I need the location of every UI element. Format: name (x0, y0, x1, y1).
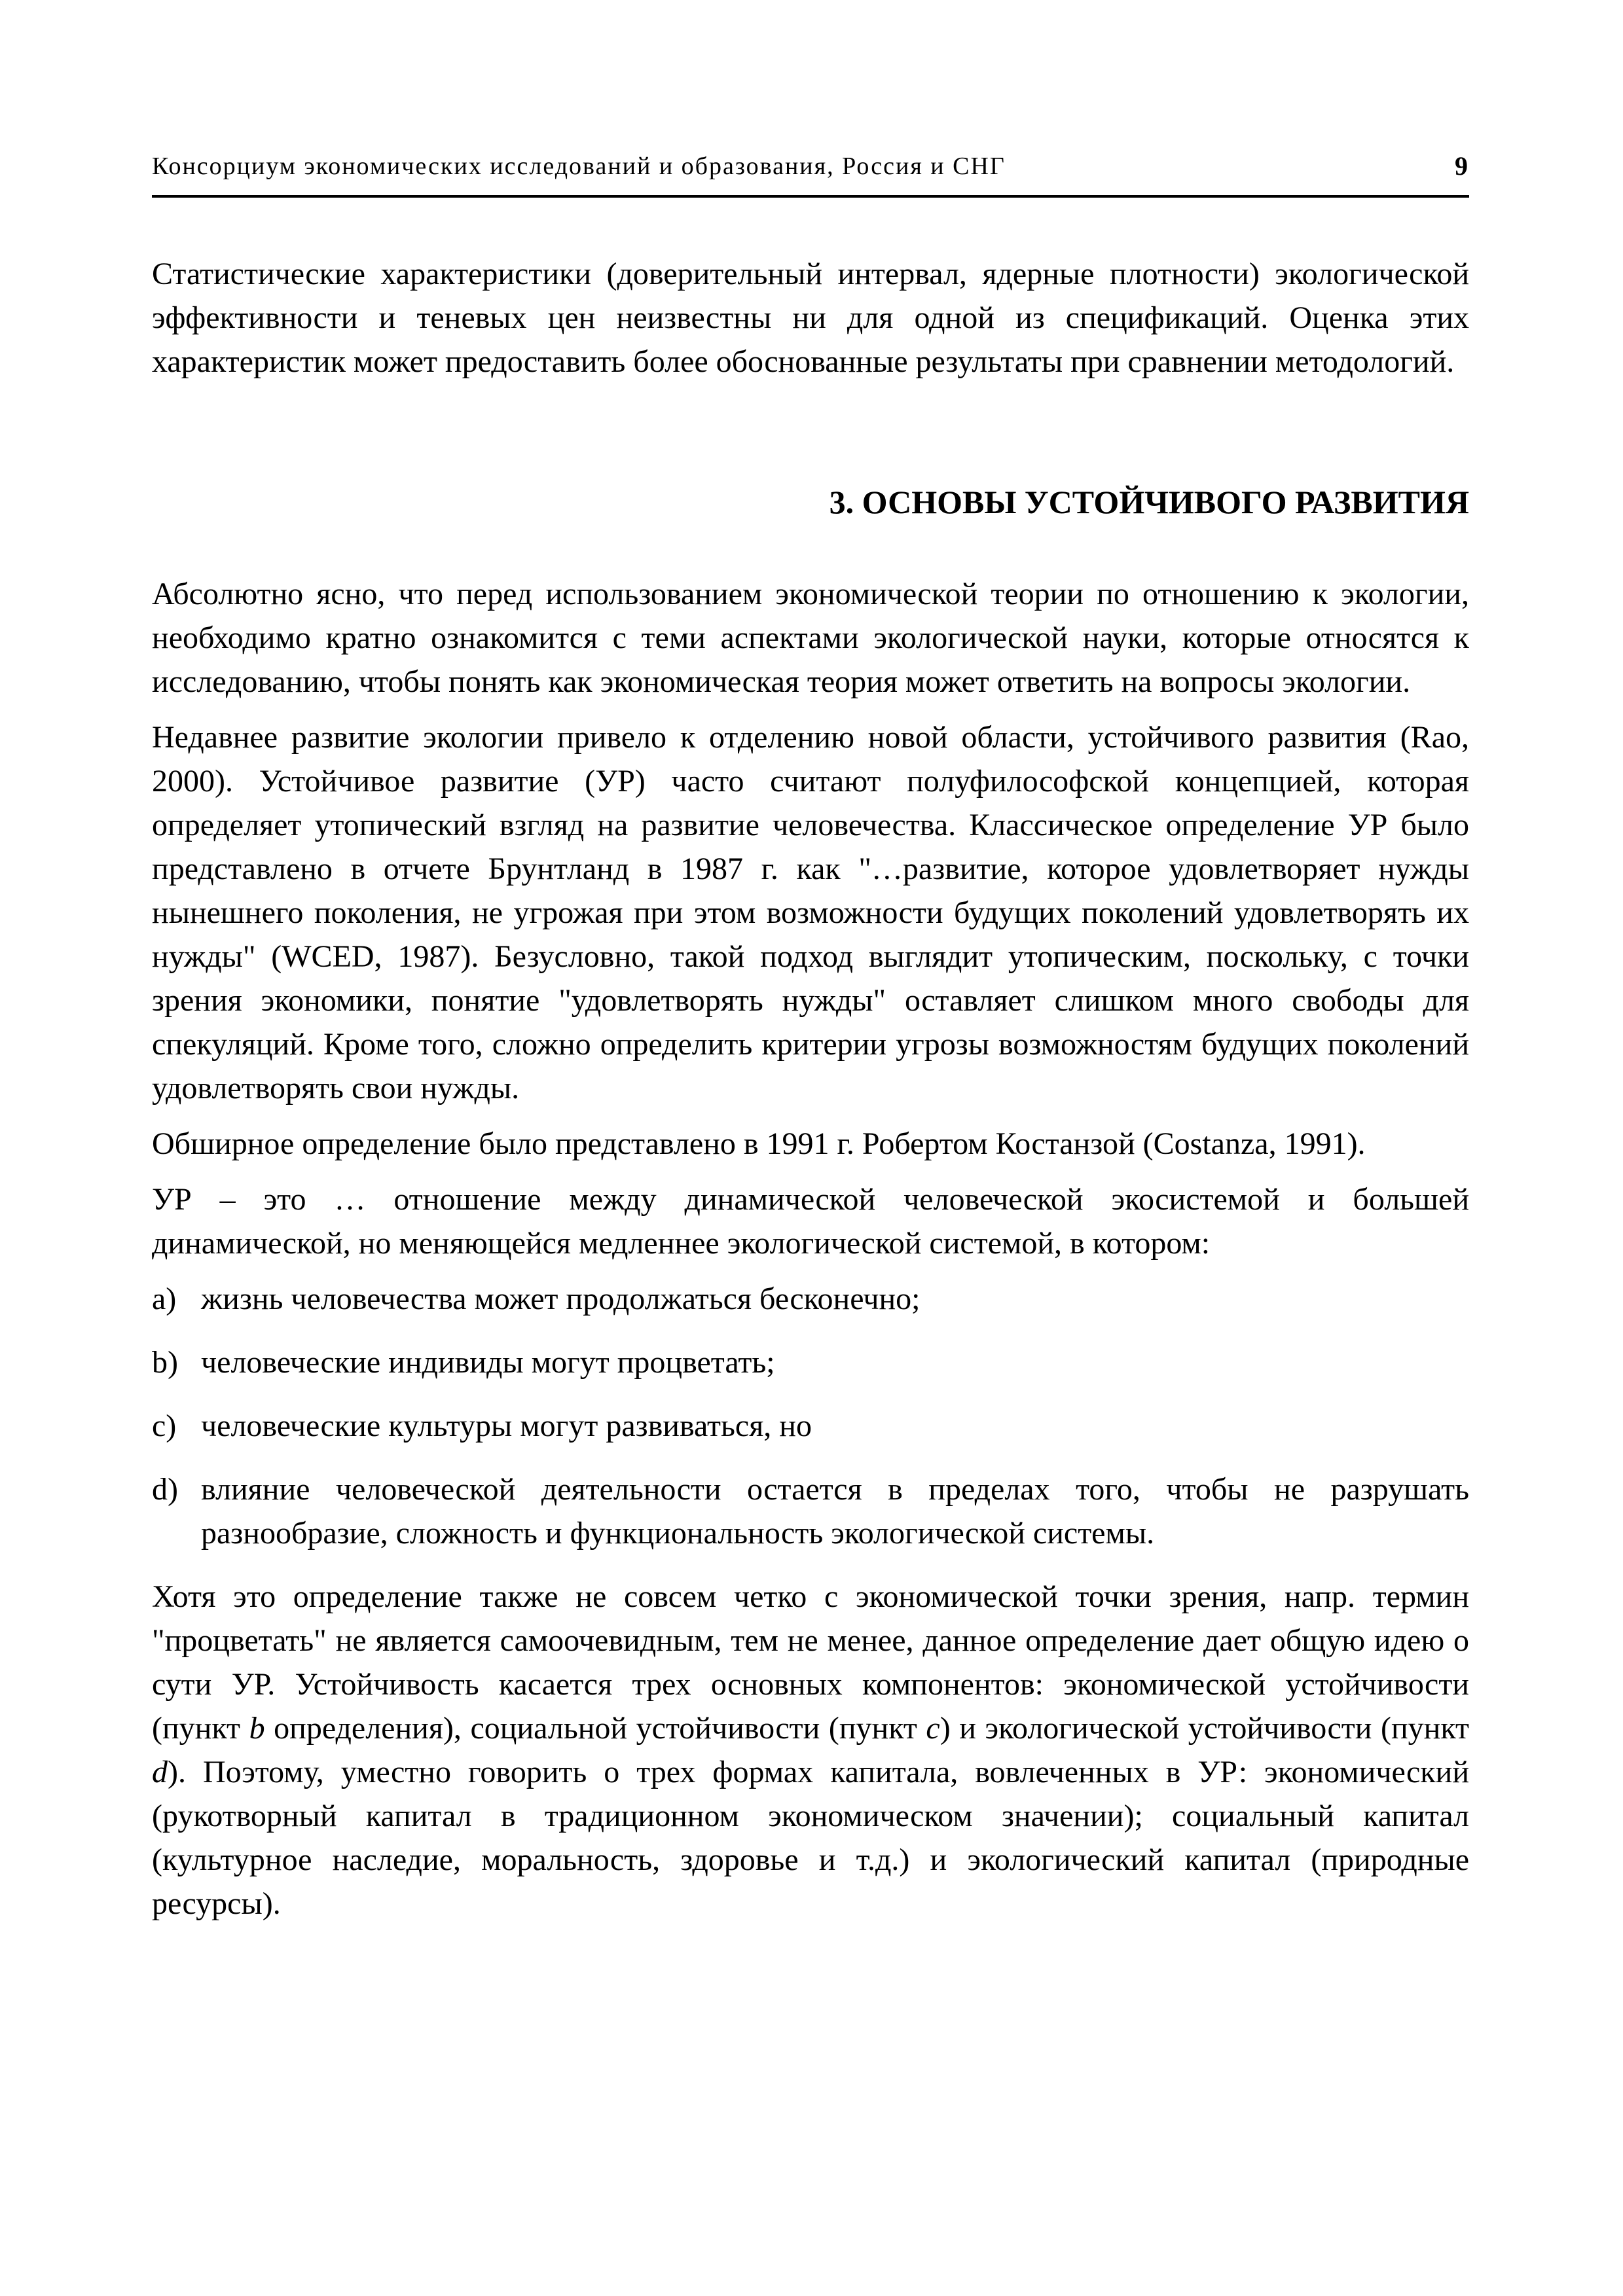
list-text: жизнь человечества может продолжаться бе… (201, 1277, 1469, 1321)
list-item-c: c) человеческие культуры могут развивать… (152, 1404, 1469, 1448)
page-header: Консорциум экономических исследований и … (152, 152, 1469, 198)
list-marker: d) (152, 1467, 201, 1555)
item-ref-d: d (152, 1755, 168, 1789)
list-text: влияние человеческой деятельности остает… (201, 1467, 1469, 1555)
list-item-a: a) жизнь человечества может продолжаться… (152, 1277, 1469, 1321)
list-marker: c) (152, 1404, 201, 1448)
spacer (152, 1321, 1469, 1340)
spacer (152, 1384, 1469, 1404)
spacer (152, 1110, 1469, 1122)
paragraph-3: Обширное определение было представлено в… (152, 1122, 1469, 1166)
list-text: человеческие индивиды могут процветать; (201, 1340, 1469, 1384)
page-body: Статистические характеристики (доверител… (152, 252, 1469, 1926)
spacer (152, 704, 1469, 715)
paragraph-4: УР – это … отношение между динамической … (152, 1177, 1469, 1265)
closing-text-3: ) и экологической устойчивости (пункт (940, 1711, 1469, 1746)
spacer (152, 1555, 1469, 1575)
closing-text-4: ). Поэтому, уместно говорить о трех форм… (152, 1755, 1469, 1921)
list-marker: b) (152, 1340, 201, 1384)
spacer (152, 1265, 1469, 1277)
list-item-d: d) влияние человеческой деятельности ост… (152, 1467, 1469, 1555)
spacer (152, 1448, 1469, 1467)
paragraph-2: Недавнее развитие экологии привело к отд… (152, 715, 1469, 1110)
closing-text-2: определения), социальной устойчивости (п… (265, 1711, 926, 1746)
running-header-title: Консорциум экономических исследований и … (152, 152, 1006, 181)
list-marker: a) (152, 1277, 201, 1321)
item-ref-c: c (926, 1711, 939, 1746)
page-number: 9 (1455, 152, 1469, 181)
intro-paragraph: Статистические характеристики (доверител… (152, 252, 1469, 384)
spacer (152, 524, 1469, 572)
closing-paragraph: Хотя это определение также не совсем чет… (152, 1575, 1469, 1926)
item-ref-b: b (249, 1711, 265, 1746)
list-item-b: b) человеческие индивиды могут процветат… (152, 1340, 1469, 1384)
list-text: человеческие культуры могут развиваться,… (201, 1404, 1469, 1448)
paragraph-1: Абсолютно ясно, что перед использованием… (152, 572, 1469, 704)
spacer (152, 1166, 1469, 1177)
section-heading: 3. ОСНОВЫ УСТОЙЧИВОГО РАЗВИТИЯ (152, 480, 1469, 524)
